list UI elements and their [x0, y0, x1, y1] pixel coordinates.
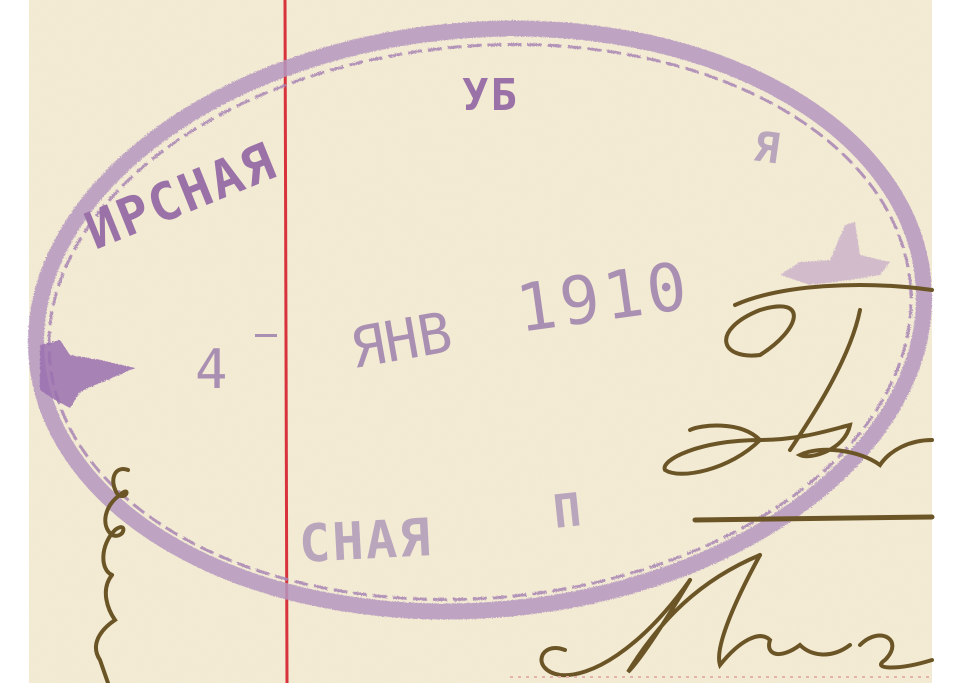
- postmark-bottom-fragment: П: [551, 482, 586, 539]
- postmark-top-fragment: УБ: [462, 70, 519, 121]
- postmark-day: 4: [195, 338, 228, 401]
- postmark-bottom-text: СНАЯ: [298, 508, 434, 575]
- postmark-photo: ИРСНАЯ УБ Я 4 ЯНВ 1910 СНАЯ П: [0, 0, 960, 683]
- postmark-dash: [255, 334, 277, 337]
